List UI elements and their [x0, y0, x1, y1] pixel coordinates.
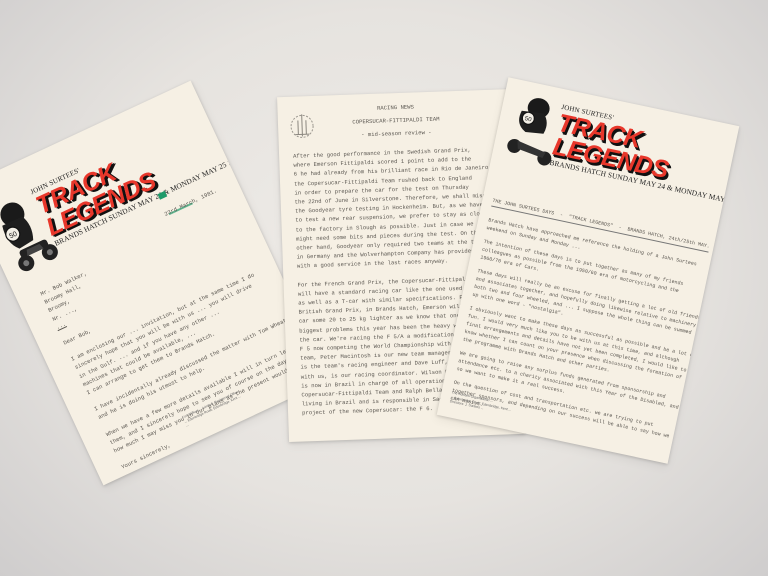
doc-paragraph: After the good performance in the Swedis…	[293, 145, 495, 271]
address-block: Mr. Bob Walker, Broomy Hall, Broomy, Nr.…	[39, 269, 104, 332]
